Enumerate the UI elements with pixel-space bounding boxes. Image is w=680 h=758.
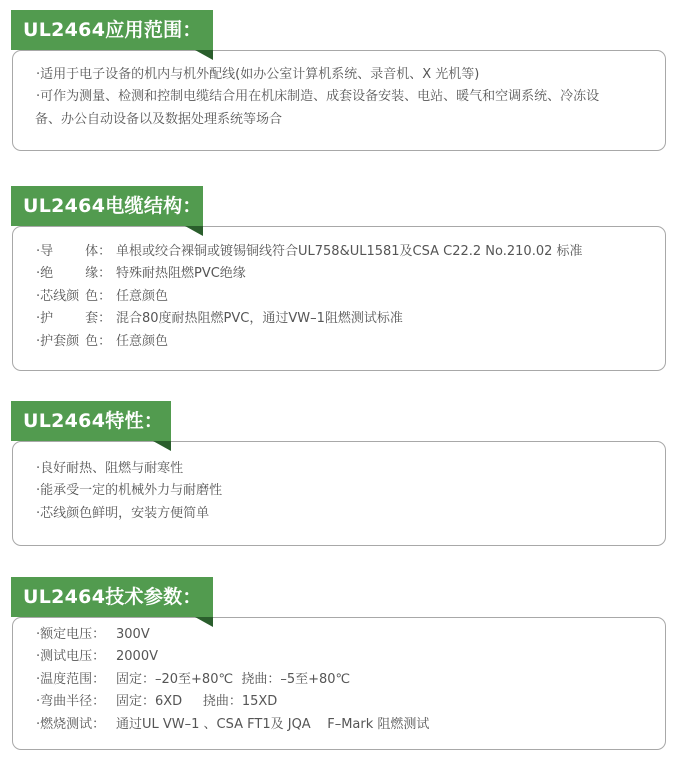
- spec-label: 护套颜: [40, 331, 79, 353]
- param-label: ·弯曲半径：: [36, 691, 116, 713]
- param-label: ·额定电压：: [36, 624, 116, 646]
- tab-fold-corner: [195, 50, 213, 60]
- param-row-test-voltage: ·测试电压： 2000V: [36, 646, 429, 668]
- param-value: 通过UL VW–1 、CSA FT1及 JQA F–Mark 阻燃测试: [116, 714, 429, 736]
- tab-fold-corner: [153, 441, 171, 451]
- param-row-bend-radius: ·弯曲半径： 固定：6XD 挠曲：15XD: [36, 691, 429, 713]
- param-value: 固定：6XD 挠曲：15XD: [116, 691, 277, 713]
- application-scope-text: ·适用于电子设备的机内与机外配线(如办公室计算机系统、录音机、X 光机等) ·可…: [36, 64, 644, 131]
- list-item: ·可作为测量、检测和控制电缆结合用在机床制造、成套设备安装、电站、暖气和空调系统…: [36, 86, 644, 108]
- spec-label: 缘: [85, 263, 98, 285]
- spec-row-conductor: ·导体： 单根或绞合裸铜或镀锡铜线符合UL758&UL1581及CSA C22.…: [36, 241, 583, 263]
- spec-value: 任意颜色: [116, 331, 168, 353]
- param-value: 300V: [116, 624, 150, 646]
- cable-structure-list: ·导体： 单根或绞合裸铜或镀锡铜线符合UL758&UL1581及CSA C22.…: [36, 241, 583, 353]
- spec-row-jacket-color: ·护套颜色： 任意颜色: [36, 331, 583, 353]
- spec-label: 套: [85, 308, 98, 330]
- param-label: ·温度范围：: [36, 669, 116, 691]
- section-title-cable-structure: UL2464电缆结构：: [11, 186, 203, 226]
- section-title-application-scope: UL2464应用范围：: [11, 10, 213, 50]
- spec-label: 护: [40, 308, 53, 330]
- spec-label: 色: [85, 331, 98, 353]
- param-label: ·测试电压：: [36, 646, 116, 668]
- list-item: ·能承受一定的机械外力与耐磨性: [36, 480, 222, 502]
- list-item: ·适用于电子设备的机内与机外配线(如办公室计算机系统、录音机、X 光机等): [36, 64, 644, 86]
- list-item-continuation: 备、办公自动设备以及数据处理系统等场合: [35, 109, 644, 131]
- characteristics-list: ·良好耐热、阻燃与耐寒性 ·能承受一定的机械外力与耐磨性 ·芯线颜色鲜明，安装方…: [36, 458, 222, 525]
- list-item: ·芯线颜色鲜明，安装方便简单: [36, 503, 222, 525]
- param-row-temperature-range: ·温度范围： 固定：–20至+80℃ 挠曲：–5至+80℃: [36, 669, 429, 691]
- spec-row-insulation: ·绝缘： 特殊耐热阻燃PVC绝缘: [36, 263, 583, 285]
- spec-value: 单根或绞合裸铜或镀锡铜线符合UL758&UL1581及CSA C22.2 No.…: [116, 241, 583, 263]
- spec-value: 特殊耐热阻燃PVC绝缘: [116, 263, 246, 285]
- spec-label: 绝: [40, 263, 53, 285]
- section-title-technical-parameters: UL2464技术参数：: [11, 577, 213, 617]
- spec-row-core-color: ·芯线颜色： 任意颜色: [36, 286, 583, 308]
- param-label: ·燃烧测试：: [36, 714, 116, 736]
- param-value: 2000V: [116, 646, 158, 668]
- spec-label: 导: [40, 241, 53, 263]
- tab-fold-corner: [185, 226, 203, 236]
- spec-value: 任意颜色: [116, 286, 168, 308]
- spec-label: 体: [85, 241, 98, 263]
- spec-label: 芯线颜: [40, 286, 79, 308]
- param-value: 固定：–20至+80℃ 挠曲：–5至+80℃: [116, 669, 350, 691]
- tab-fold-corner: [195, 617, 213, 627]
- spec-row-jacket: ·护套： 混合80度耐热阻燃PVC，通过VW–1阻燃测试标准: [36, 308, 583, 330]
- spec-label: 色: [85, 286, 98, 308]
- list-item: ·良好耐热、阻燃与耐寒性: [36, 458, 222, 480]
- spec-value: 混合80度耐热阻燃PVC，通过VW–1阻燃测试标准: [116, 308, 403, 330]
- param-row-rated-voltage: ·额定电压： 300V: [36, 624, 429, 646]
- param-row-flame-test: ·燃烧测试： 通过UL VW–1 、CSA FT1及 JQA F–Mark 阻燃…: [36, 714, 429, 736]
- section-title-characteristics: UL2464特性：: [11, 401, 171, 441]
- technical-parameters-list: ·额定电压： 300V ·测试电压： 2000V ·温度范围： 固定：–20至+…: [36, 624, 429, 736]
